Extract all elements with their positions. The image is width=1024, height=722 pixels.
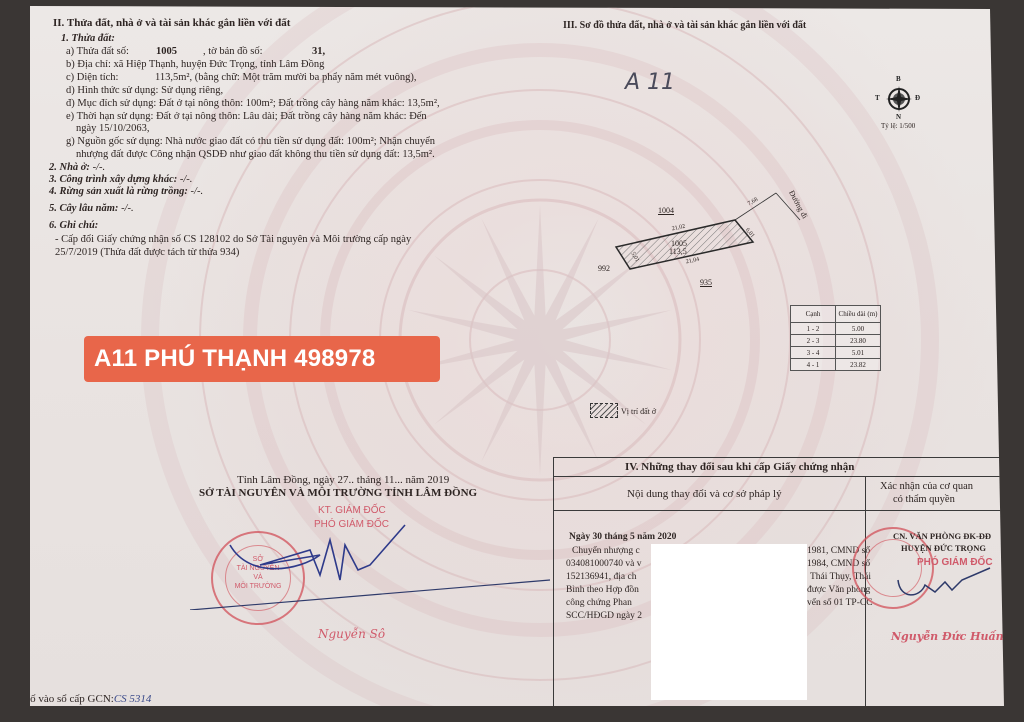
changes-col-header: Nội dung thay đổi và cơ sở pháp lý — [627, 488, 782, 501]
map-sheet-label: , tờ bản đồ số: — [203, 45, 263, 58]
usage-purpose: đ) Mục đích sử dụng: Đất ở tại nông thôn… — [66, 97, 440, 110]
edge-bottom-length: 21,04 — [685, 254, 701, 270]
area-value: 113,5m², (bằng chữ: Một trăm mười ba phẩ… — [155, 71, 416, 84]
edge-top-length: 21,02 — [671, 221, 687, 237]
signer-title-1: KT. GIÁM ĐỐC — [318, 504, 386, 517]
change-entry-line: 152136941, địa ch — [566, 571, 636, 584]
signing-date: Tỉnh Lâm Đồng, ngày 27.. tháng 11... năm… — [237, 474, 449, 487]
table-row: 4 - 123.82 — [791, 359, 881, 371]
parcel-subheading: 1. Thửa đất: — [61, 32, 115, 45]
parcel-number: 1005 — [156, 45, 177, 58]
legend-label: Vị trí đất ở — [621, 405, 656, 418]
item-forest: 4. Rừng sản xuất là rừng trồng: -/-. — [49, 185, 203, 198]
usage-origin-line2: nhượng đất được Công nhận QSDĐ như giao … — [76, 148, 435, 161]
issuing-agency: SỞ TÀI NGUYÊN VÀ MÔI TRƯỜNG TỈNH LÂM ĐỒN… — [199, 487, 477, 500]
compass-east: Đ — [915, 94, 920, 102]
parcel-number-label: a) Thửa đất số: — [66, 45, 129, 58]
table-row: 3 - 45.01 — [791, 347, 881, 359]
map-sheet-number: 31, — [312, 45, 325, 58]
section-3-heading: III. Sơ đồ thửa đất, nhà ở và tài sản kh… — [563, 19, 806, 32]
change-entry-line: vển số 01 TP-CC — [807, 597, 873, 610]
section-2-heading: II. Thửa đất, nhà ở và tài sản khác gắn … — [53, 17, 290, 30]
area-label: c) Diện tích: — [66, 71, 118, 84]
certificate-page: II. Thửa đất, nhà ở và tài sản khác gắn … — [0, 0, 1024, 722]
neighbor-992: 992 — [598, 262, 610, 275]
handwritten-plot-label: A 11 — [625, 70, 675, 95]
item-perennial-trees: 5. Cây lâu năm: -/-. — [49, 202, 134, 215]
usage-form: d) Hình thức sử dụng: Sử dụng riêng, — [66, 84, 223, 97]
neighbor-1004: 1004 — [658, 204, 674, 217]
change-entry-line: 034081000740 và v — [566, 558, 641, 571]
usage-term-line2: ngày 15/10/2063, — [76, 122, 150, 135]
hatch-legend-icon — [590, 403, 618, 418]
confirm-office-line2: HUYỆN ĐỨC TRỌNG — [901, 542, 986, 555]
note-line-2: 25/7/2019 (Thửa đất được tách từ thửa 93… — [55, 246, 239, 259]
section-4-heading: IV. Những thay đổi sau khi cấp Giấy chứn… — [625, 461, 854, 474]
notes-heading: 6. Ghi chú: — [49, 219, 98, 232]
change-entry-line: công chứng Phan — [566, 597, 632, 610]
neighbor-935: 935 — [700, 276, 712, 289]
change-entry-line: Chuyển nhượng c — [572, 545, 640, 558]
change-entry-line: Bình theo Hợp đồn — [566, 584, 639, 597]
address-line: b) Địa chỉ: xã Hiệp Thạnh, huyện Đức Trọ… — [66, 58, 324, 71]
change-entry-line: SCC/HĐGD ngày 2 — [566, 610, 642, 623]
compass-west: T — [875, 94, 880, 102]
table-header: Chiều dài (m) — [836, 306, 881, 323]
usage-origin-line1: g) Nguồn gốc sử dụng: Nhà nước giao đất … — [66, 135, 435, 148]
change-entry-date: Ngày 30 tháng 5 năm 2020 — [569, 531, 676, 544]
note-line-1: - Cấp đổi Giấy chứng nhận số CS 128102 d… — [55, 233, 411, 246]
confirm-signer-name: Nguyễn Đức Huấn — [891, 630, 1004, 643]
compass-icon — [884, 84, 914, 114]
signer-name: Nguyễn Sô — [318, 628, 385, 641]
table-row: 1 - 25.00 — [791, 323, 881, 335]
registry-number: Số vào sổ cấp GCN:CS 5314 — [24, 693, 151, 706]
redaction-block — [651, 544, 807, 700]
table-header: Cạnh — [791, 306, 836, 323]
confirm-signature — [880, 560, 1000, 610]
listing-badge: A11 PHÚ THẠNH 498978 — [84, 336, 440, 382]
director-signature — [180, 520, 560, 610]
edge-length-table: Cạnh Chiều dài (m) 1 - 25.00 2 - 323.80 … — [790, 305, 881, 371]
compass-north: B — [896, 75, 901, 83]
table-row: 2 - 323.80 — [791, 335, 881, 347]
map-scale: Tỷ lệ: 1/500 — [881, 120, 915, 133]
confirm-col-header-2: có thẩm quyền — [893, 493, 955, 506]
confirm-col-header-1: Xác nhận của cơ quan — [880, 480, 973, 493]
